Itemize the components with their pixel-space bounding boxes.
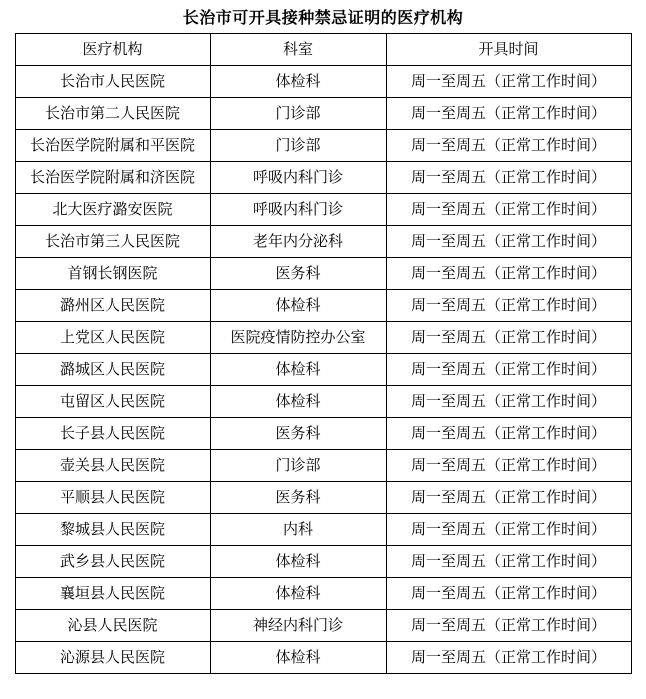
cell-department: 门诊部 bbox=[210, 450, 386, 482]
cell-institution: 襄垣县人民医院 bbox=[15, 578, 210, 610]
cell-institution: 长治市人民医院 bbox=[15, 66, 210, 98]
column-header-time: 开具时间 bbox=[386, 34, 631, 66]
cell-institution: 长治市第三人民医院 bbox=[15, 226, 210, 258]
cell-institution: 长治医学院附属和济医院 bbox=[15, 162, 210, 194]
cell-time: 周一至周五（正常工作时间） bbox=[386, 226, 631, 258]
table-row: 沁源县人民医院体检科周一至周五（正常工作时间） bbox=[15, 642, 631, 674]
table-row: 长治市第三人民医院老年内分泌科周一至周五（正常工作时间） bbox=[15, 226, 631, 258]
cell-time: 周一至周五（正常工作时间） bbox=[386, 66, 631, 98]
table-row: 首钢长钢医院医务科周一至周五（正常工作时间） bbox=[15, 258, 631, 290]
cell-institution: 黎城县人民医院 bbox=[15, 514, 210, 546]
cell-institution: 长子县人民医院 bbox=[15, 418, 210, 450]
table-body: 长治市人民医院体检科周一至周五（正常工作时间）长治市第二人民医院门诊部周一至周五… bbox=[15, 66, 631, 674]
table-header-row: 医疗机构 科室 开具时间 bbox=[15, 34, 631, 66]
cell-institution: 平顺县人民医院 bbox=[15, 482, 210, 514]
table-row: 壶关县人民医院门诊部周一至周五（正常工作时间） bbox=[15, 450, 631, 482]
cell-department: 体检科 bbox=[210, 386, 386, 418]
cell-time: 周一至周五（正常工作时间） bbox=[386, 290, 631, 322]
cell-department: 门诊部 bbox=[210, 130, 386, 162]
cell-department: 体检科 bbox=[210, 578, 386, 610]
cell-department: 呼吸内科门诊 bbox=[210, 162, 386, 194]
cell-department: 体检科 bbox=[210, 290, 386, 322]
table-row: 平顺县人民医院医务科周一至周五（正常工作时间） bbox=[15, 482, 631, 514]
cell-time: 周一至周五（正常工作时间） bbox=[386, 514, 631, 546]
cell-department: 医务科 bbox=[210, 258, 386, 290]
cell-department: 内科 bbox=[210, 514, 386, 546]
cell-department: 体检科 bbox=[210, 546, 386, 578]
table-row: 沁县人民医院神经内科门诊周一至周五（正常工作时间） bbox=[15, 610, 631, 642]
cell-department: 医务科 bbox=[210, 418, 386, 450]
cell-time: 周一至周五（正常工作时间） bbox=[386, 162, 631, 194]
cell-time: 周一至周五（正常工作时间） bbox=[386, 642, 631, 674]
table-row: 黎城县人民医院内科周一至周五（正常工作时间） bbox=[15, 514, 631, 546]
cell-department: 神经内科门诊 bbox=[210, 610, 386, 642]
cell-time: 周一至周五（正常工作时间） bbox=[386, 418, 631, 450]
cell-department: 体检科 bbox=[210, 354, 386, 386]
cell-time: 周一至周五（正常工作时间） bbox=[386, 98, 631, 130]
cell-time: 周一至周五（正常工作时间） bbox=[386, 610, 631, 642]
cell-time: 周一至周五（正常工作时间） bbox=[386, 322, 631, 354]
cell-department: 呼吸内科门诊 bbox=[210, 194, 386, 226]
cell-time: 周一至周五（正常工作时间） bbox=[386, 450, 631, 482]
column-header-department: 科室 bbox=[210, 34, 386, 66]
cell-institution: 潞州区人民医院 bbox=[15, 290, 210, 322]
table-row: 长治医学院附属和济医院呼吸内科门诊周一至周五（正常工作时间） bbox=[15, 162, 631, 194]
cell-department: 医院疫情防控办公室 bbox=[210, 322, 386, 354]
cell-department: 老年内分泌科 bbox=[210, 226, 386, 258]
cell-institution: 潞城区人民医院 bbox=[15, 354, 210, 386]
table-row: 长治市人民医院体检科周一至周五（正常工作时间） bbox=[15, 66, 631, 98]
column-header-institution: 医疗机构 bbox=[15, 34, 210, 66]
cell-department: 医务科 bbox=[210, 482, 386, 514]
cell-time: 周一至周五（正常工作时间） bbox=[386, 482, 631, 514]
cell-time: 周一至周五（正常工作时间） bbox=[386, 258, 631, 290]
cell-time: 周一至周五（正常工作时间） bbox=[386, 130, 631, 162]
cell-institution: 武乡县人民医院 bbox=[15, 546, 210, 578]
table-row: 长治医学院附属和平医院门诊部周一至周五（正常工作时间） bbox=[15, 130, 631, 162]
cell-time: 周一至周五（正常工作时间） bbox=[386, 386, 631, 418]
cell-department: 门诊部 bbox=[210, 98, 386, 130]
cell-department: 体检科 bbox=[210, 642, 386, 674]
cell-institution: 首钢长钢医院 bbox=[15, 258, 210, 290]
table-row: 武乡县人民医院体检科周一至周五（正常工作时间） bbox=[15, 546, 631, 578]
table-row: 长治市第二人民医院门诊部周一至周五（正常工作时间） bbox=[15, 98, 631, 130]
table-row: 潞州区人民医院体检科周一至周五（正常工作时间） bbox=[15, 290, 631, 322]
cell-institution: 沁源县人民医院 bbox=[15, 642, 210, 674]
cell-institution: 北大医疗潞安医院 bbox=[15, 194, 210, 226]
cell-department: 体检科 bbox=[210, 66, 386, 98]
cell-institution: 长治市第二人民医院 bbox=[15, 98, 210, 130]
cell-time: 周一至周五（正常工作时间） bbox=[386, 546, 631, 578]
cell-time: 周一至周五（正常工作时间） bbox=[386, 578, 631, 610]
table-row: 长子县人民医院医务科周一至周五（正常工作时间） bbox=[15, 418, 631, 450]
cell-institution: 沁县人民医院 bbox=[15, 610, 210, 642]
document-page: 长治市可开具接种禁忌证明的医疗机构 医疗机构 科室 开具时间 长治市人民医院体检… bbox=[0, 0, 646, 699]
cell-institution: 长治医学院附属和平医院 bbox=[15, 130, 210, 162]
cell-time: 周一至周五（正常工作时间） bbox=[386, 354, 631, 386]
table-row: 潞城区人民医院体检科周一至周五（正常工作时间） bbox=[15, 354, 631, 386]
table-row: 北大医疗潞安医院呼吸内科门诊周一至周五（正常工作时间） bbox=[15, 194, 631, 226]
table-row: 屯留区人民医院体检科周一至周五（正常工作时间） bbox=[15, 386, 631, 418]
table-row: 上党区人民医院医院疫情防控办公室周一至周五（正常工作时间） bbox=[15, 322, 631, 354]
medical-institutions-table: 医疗机构 科室 开具时间 长治市人民医院体检科周一至周五（正常工作时间）长治市第… bbox=[15, 33, 632, 674]
page-title: 长治市可开具接种禁忌证明的医疗机构 bbox=[0, 0, 646, 27]
cell-institution: 上党区人民医院 bbox=[15, 322, 210, 354]
cell-institution: 屯留区人民医院 bbox=[15, 386, 210, 418]
cell-institution: 壶关县人民医院 bbox=[15, 450, 210, 482]
table-row: 襄垣县人民医院体检科周一至周五（正常工作时间） bbox=[15, 578, 631, 610]
cell-time: 周一至周五（正常工作时间） bbox=[386, 194, 631, 226]
